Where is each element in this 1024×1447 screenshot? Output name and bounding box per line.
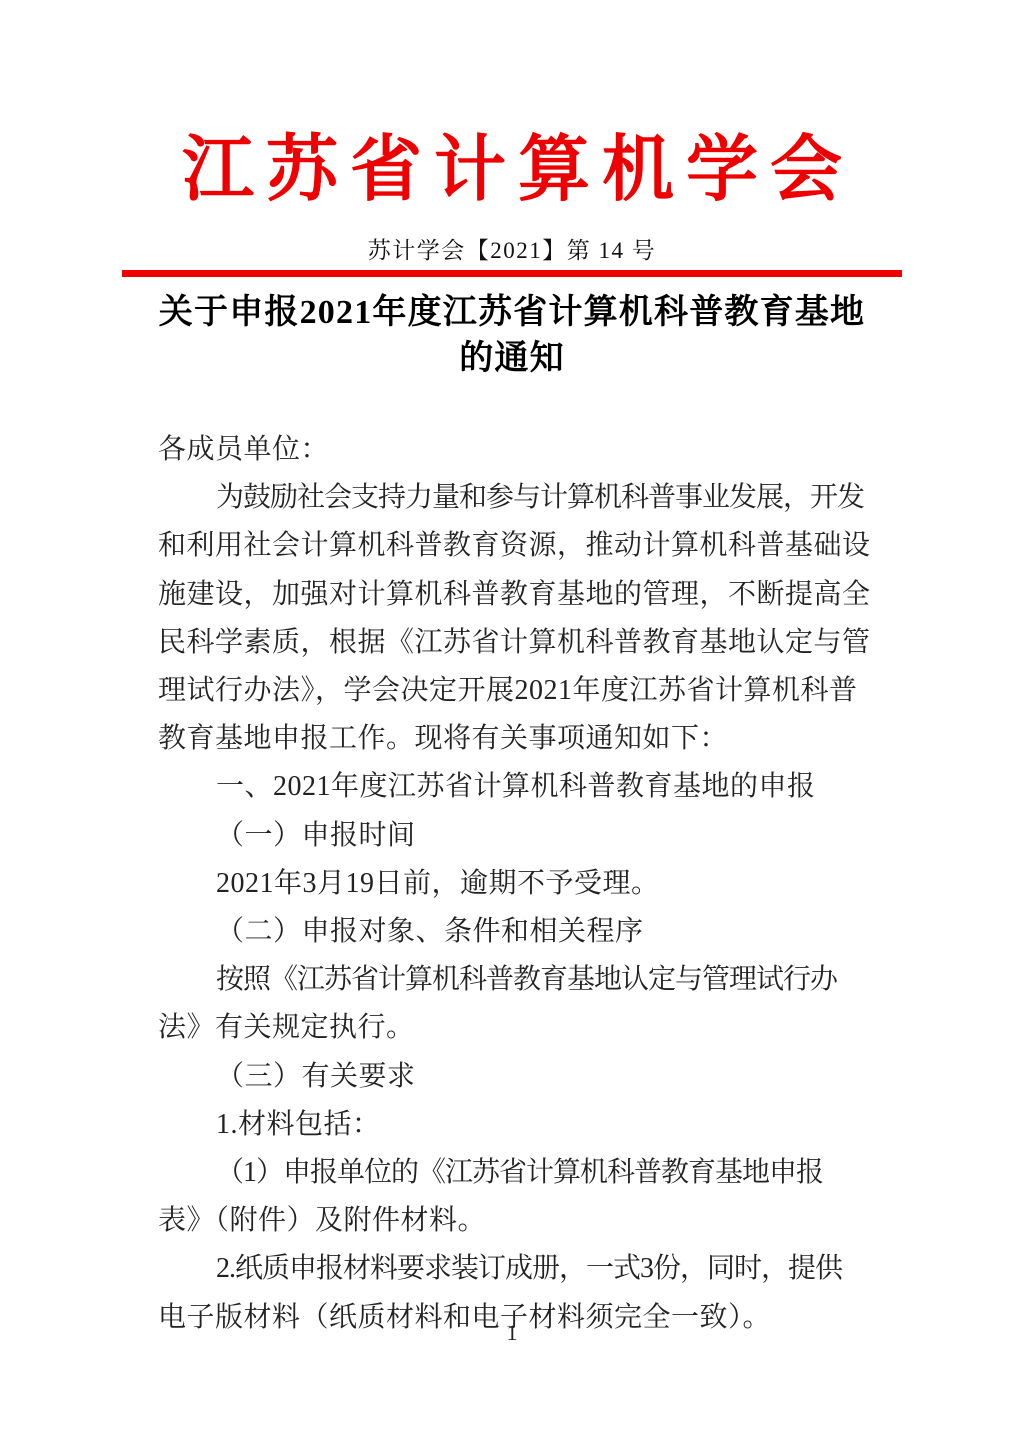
body-line: （二）申报对象、条件和相关程序 [158,908,872,956]
body-line: 法》有关规定执行。 [158,1004,872,1052]
body-line: （三）有关要求 [158,1053,872,1101]
body-line: （1）申报单位的《江苏省计算机科普教育基地申报 [158,1149,872,1197]
body-line: 按照《江苏省计算机科普教育基地认定与管理试行办 [158,956,872,1004]
body-line: 教育基地申报工作。现将有关事项通知如下： [158,715,872,763]
org-name-header: 江苏省计算机学会 [0,126,1024,214]
body-line: 施建设，加强对计算机科普教育基地的管理，不断提高全 [158,571,872,619]
body-line: 一、2021年度江苏省计算机科普教育基地的申报 [158,763,872,811]
body-line: 民科学素质，根据《江苏省计算机科普教育基地认定与管 [158,619,872,667]
body-line: 表》（附件）及附件材料。 [158,1197,872,1245]
doc-title-line2: 的通知 [0,336,1024,382]
doc-body: 各成员单位： 为鼓励社会支持力量和参与计算机科普事业发展，开发 和利用社会计算机… [158,426,872,1342]
body-line: （一）申报时间 [158,812,872,860]
page-number: 1 [0,1320,1024,1346]
body-line: 理试行办法》，学会决定开展2021年度江苏省计算机科普 [158,667,872,715]
body-line: 和利用社会计算机科普教育资源，推动计算机科普基础设 [158,522,872,570]
body-line: 1.材料包括： [158,1101,872,1149]
red-divider-line [122,270,902,277]
doc-number: 苏计学会【2021】第 14 号 [0,236,1024,266]
body-line: 各成员单位： [158,426,872,474]
body-line: 2.纸质申报材料要求装订成册，一式3份，同时，提供 [158,1245,872,1293]
doc-title-line1: 关于申报2021年度江苏省计算机科普教育基地 [0,290,1024,336]
document-page: 江苏省计算机学会 苏计学会【2021】第 14 号 关于申报2021年度江苏省计… [0,0,1024,1447]
body-line: 为鼓励社会支持力量和参与计算机科普事业发展，开发 [158,474,872,522]
body-line: 2021年3月19日前，逾期不予受理。 [158,860,872,908]
doc-title: 关于申报2021年度江苏省计算机科普教育基地 的通知 [0,290,1024,382]
